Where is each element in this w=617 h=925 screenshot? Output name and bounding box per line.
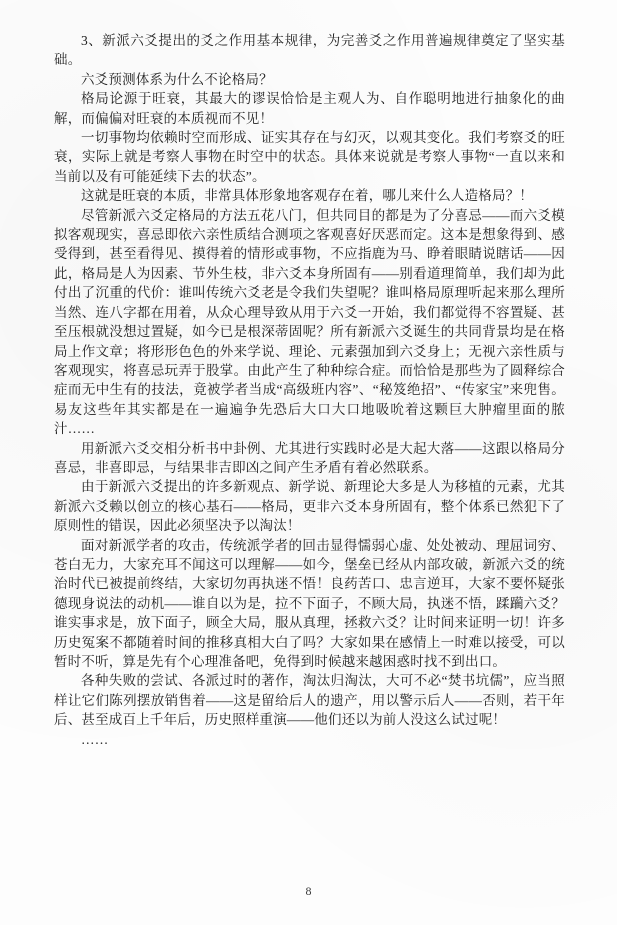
- paragraph-question-heading: 六爻预测体系为什么不论格局？: [54, 70, 565, 89]
- paragraph: 格局论源于旺衰，其最大的谬误恰恰是主观人为、自作聪明地进行抽象化的曲解，而偏偏对…: [54, 89, 565, 128]
- paragraph: 由于新派六爻提出的许多新观点、新学说、新理论大多是人为移植的元素，尤其新派六爻赖…: [54, 477, 565, 535]
- paragraph: 各种失败的尝试、各派过时的著作，淘汰归淘汰，大可不必“焚书坑儒”，应当照样让它们…: [54, 671, 565, 729]
- paragraph: 尽管新派六爻定格局的方法五花八门，但共同目的都是为了分喜忌——而六爻模拟客观现实…: [54, 206, 565, 439]
- body-text: 3、新派六爻提出的爻之作用基本规律，为完善爻之作用普遍规律奠定了坚实基础。 六爻…: [54, 31, 565, 749]
- page-number: 8: [0, 884, 617, 899]
- paragraph: 一切事物均依赖时空而形成、证实其存在与幻灭，以观其变化。我们考察爻的旺衰，实际上…: [54, 128, 565, 186]
- document-page: 3、新派六爻提出的爻之作用基本规律，为完善爻之作用普遍规律奠定了坚实基础。 六爻…: [0, 0, 617, 925]
- paragraph: 用新派六爻交相分析书中卦例、尤其进行实践时必是大起大落——这跟以格局分喜忌，非喜…: [54, 439, 565, 478]
- paragraph-point-3: 3、新派六爻提出的爻之作用基本规律，为完善爻之作用普遍规律奠定了坚实基础。: [54, 31, 565, 70]
- paragraph-ellipsis: ……: [54, 730, 565, 749]
- paragraph: 这就是旺衰的本质，非常具体形象地客观存在着，哪儿来什么人造格局？！: [54, 186, 565, 205]
- paragraph: 面对新派学者的攻击，传统派学者的回击显得懦弱心虚、处处被动、理屈词穷、苍白无力，…: [54, 536, 565, 672]
